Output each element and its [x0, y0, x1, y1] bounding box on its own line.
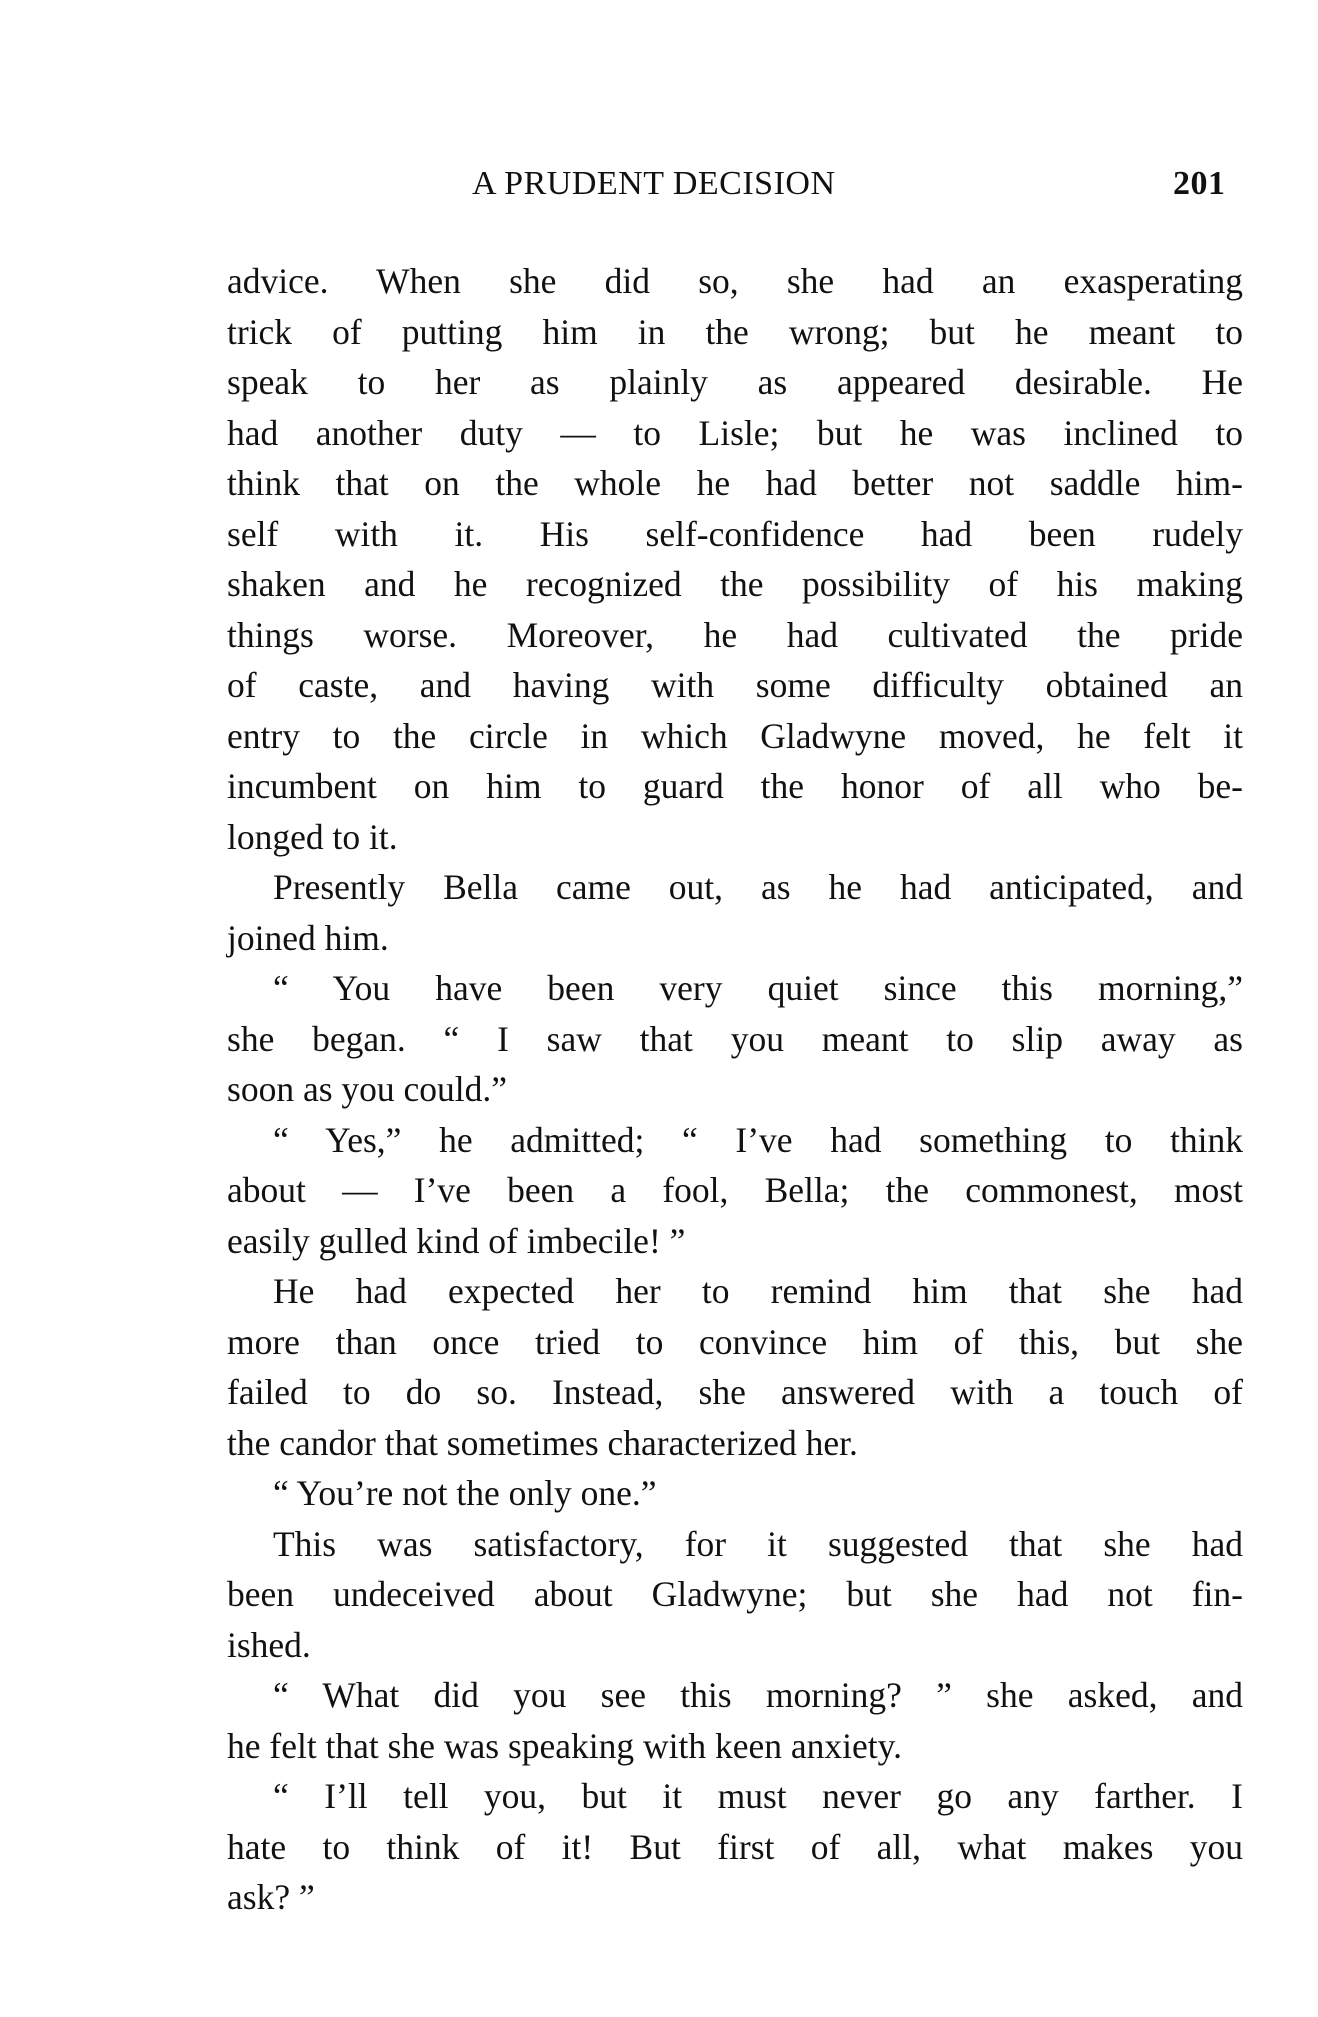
text-line: longed to it. [227, 812, 1243, 863]
text-line: He had expected her to remind him that s… [227, 1266, 1243, 1317]
text-line: self with it. His self-confidence had be… [227, 509, 1243, 560]
text-line: Presently Bella came out, as he had anti… [227, 862, 1243, 913]
text-line: “ I’ll tell you, but it must never go an… [227, 1771, 1243, 1822]
text-line: of caste, and having with some difficult… [227, 660, 1243, 711]
text-line: ask? ” [227, 1872, 1243, 1923]
paragraph: “ What did you see this morning? ” she a… [227, 1670, 1243, 1771]
page-number: 201 [1173, 164, 1226, 204]
paragraph: advice. When she did so, she had an exas… [227, 256, 1243, 862]
running-head: A PRUDENT DECISION 201 [227, 164, 1243, 204]
text-line: joined him. [227, 913, 1243, 964]
paragraph: “ Yes,” he admitted; “ I’ve had somethin… [227, 1115, 1243, 1267]
text-line: been undeceived about Gladwyne; but she … [227, 1569, 1243, 1620]
text-line: “ Yes,” he admitted; “ I’ve had somethin… [227, 1115, 1243, 1166]
chapter-title: A PRUDENT DECISION [472, 164, 836, 204]
text-line: ished. [227, 1620, 1243, 1671]
text-line: failed to do so. Instead, she answered w… [227, 1367, 1243, 1418]
text-line: This was satisfactory, for it suggested … [227, 1519, 1243, 1570]
text-line: speak to her as plainly as appeared desi… [227, 357, 1243, 408]
text-line: “ You have been very quiet since this mo… [227, 963, 1243, 1014]
text-line: he felt that she was speaking with keen … [227, 1721, 1243, 1772]
text-line: shaken and he recognized the possibility… [227, 559, 1243, 610]
text-line: she began. “ I saw that you meant to sli… [227, 1014, 1243, 1065]
text-line: the candor that sometimes characterized … [227, 1418, 1243, 1469]
text-line: “ You’re not the only one.” [227, 1468, 1243, 1519]
text-line: entry to the circle in which Gladwyne mo… [227, 711, 1243, 762]
text-line: think that on the whole he had better no… [227, 458, 1243, 509]
text-line: incumbent on him to guard the honor of a… [227, 761, 1243, 812]
text-line: soon as you could.” [227, 1064, 1243, 1115]
text-line: “ What did you see this morning? ” she a… [227, 1670, 1243, 1721]
paragraph: This was satisfactory, for it suggested … [227, 1519, 1243, 1671]
paragraph: “ You have been very quiet since this mo… [227, 963, 1243, 1115]
text-line: trick of putting him in the wrong; but h… [227, 307, 1243, 358]
paragraph: He had expected her to remind him that s… [227, 1266, 1243, 1468]
text-line: easily gulled kind of imbecile! ” [227, 1216, 1243, 1267]
text-line: about — I’ve been a fool, Bella; the com… [227, 1165, 1243, 1216]
book-page: A PRUDENT DECISION 201 advice. When she … [0, 0, 1318, 2017]
text-line: hate to think of it! But first of all, w… [227, 1822, 1243, 1873]
text-line: things worse. Moreover, he had cultivate… [227, 610, 1243, 661]
paragraph: “ I’ll tell you, but it must never go an… [227, 1771, 1243, 1923]
paragraph: Presently Bella came out, as he had anti… [227, 862, 1243, 963]
paragraph: “ You’re not the only one.” [227, 1468, 1243, 1519]
text-line: had another duty — to Lisle; but he was … [227, 408, 1243, 459]
text-line: more than once tried to convince him of … [227, 1317, 1243, 1368]
text-line: advice. When she did so, she had an exas… [227, 256, 1243, 307]
body-text: advice. When she did so, she had an exas… [227, 256, 1243, 1923]
